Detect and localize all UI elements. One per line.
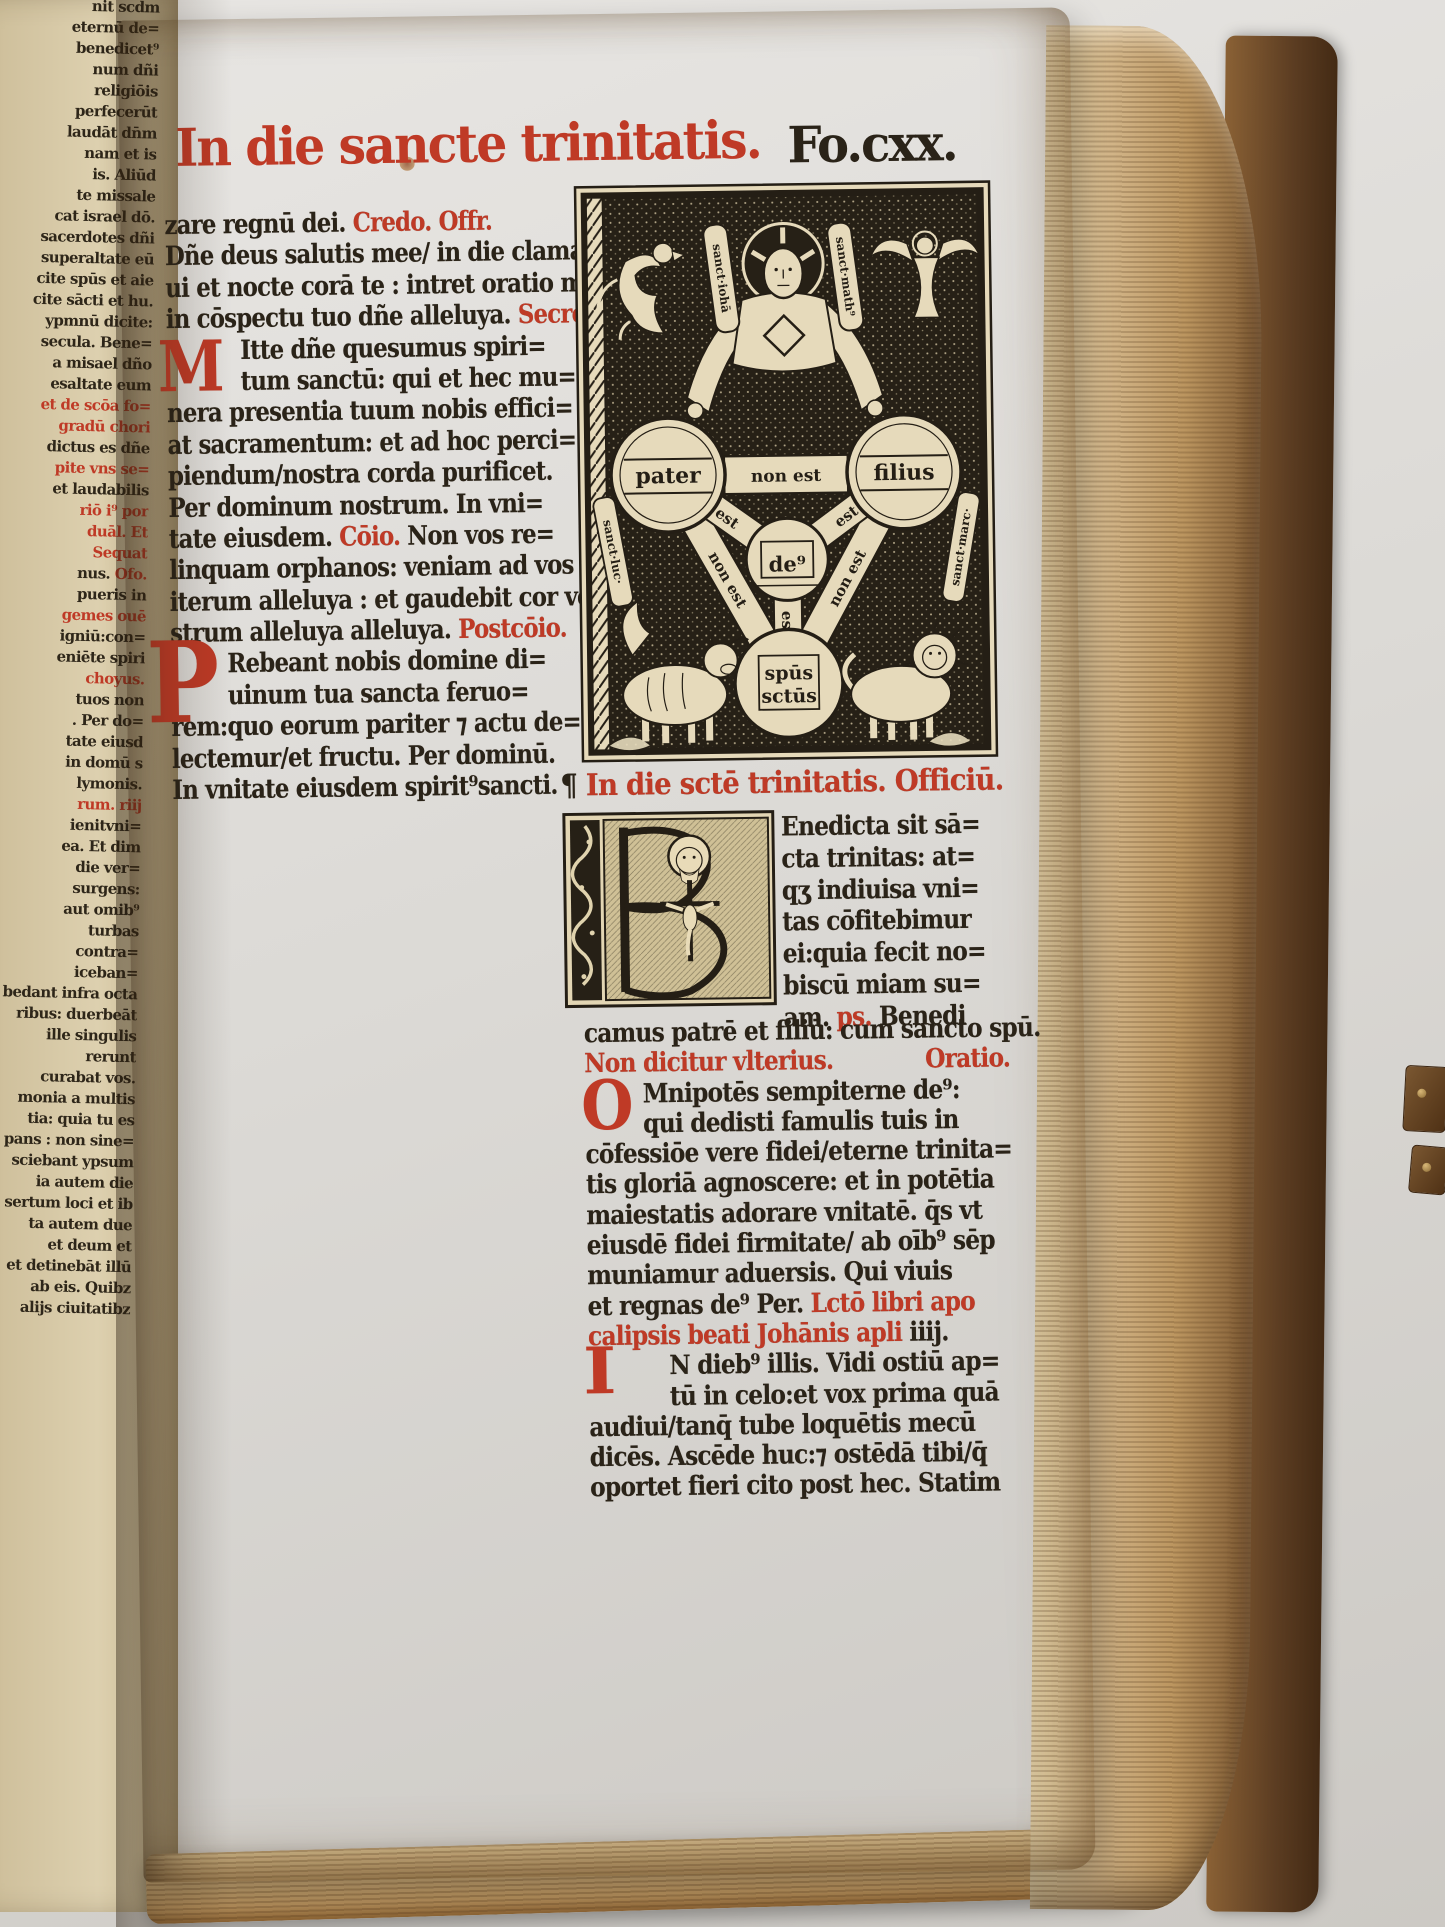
text-segment: nus. <box>77 564 115 583</box>
text-line: iceban= <box>0 960 138 985</box>
circle-filius: filius <box>846 414 962 530</box>
text-segment: monia a multis <box>17 1088 135 1109</box>
text-segment: nit scd̄m <box>92 0 160 17</box>
left-text-column: M P zare regnū dei. Credo. Offr.Dñe deus… <box>164 204 576 806</box>
text-segment: nera presentia tuum nobis effici= <box>167 393 573 430</box>
text-segment: et deum et <box>47 1235 132 1255</box>
svg-text:spūs: spūs <box>764 662 813 685</box>
text-segment: ta autem due <box>28 1214 132 1234</box>
text-segment: biscū miam su= <box>783 968 981 1002</box>
text-segment: In vnitate eiusdem spirit⁹sancti. <box>172 770 558 806</box>
text-line: et regnas de⁹ Per. Lctō libri apo <box>587 1285 1020 1321</box>
text-segment: et regnas de⁹ Per. <box>587 1288 810 1322</box>
text-segment: ille singulis <box>46 1025 137 1045</box>
text-line: aut omib⁹ <box>0 897 139 922</box>
page-title: In die sancte trinitatis. <box>175 110 761 179</box>
clasp-fitting <box>1402 1065 1445 1133</box>
text-line: alijs ciuitatibz <box>0 1296 130 1321</box>
text-segment: sciebant ypsum <box>11 1151 134 1172</box>
text-segment: aut omib⁹ <box>63 900 139 920</box>
text-line: ab eis. Quibz <box>0 1275 131 1300</box>
svg-text:non est: non est <box>751 466 822 487</box>
circle-deus: de⁹ <box>746 518 829 601</box>
text-segment: tia: quia tu es <box>27 1109 135 1129</box>
text-segment: Lctō libri apo <box>810 1286 975 1319</box>
text-line: qʒ indiuisa vni= <box>782 872 985 907</box>
text-line: pans : non sine= <box>0 1128 134 1153</box>
book-photo: nit scd̄meternū de=benedicet⁹num dñireli… <box>0 0 1445 1927</box>
text-segment: bedant infra octa <box>2 982 137 1003</box>
text-line: tia: quia tu es <box>0 1107 135 1132</box>
officium-heading: ¶ In die sctē trinitatis. Officiū. <box>560 762 1003 804</box>
text-line: monia a multis <box>0 1086 135 1111</box>
text-segment: tate eiusdem. <box>169 522 340 555</box>
text-segment: Credo. <box>353 206 439 238</box>
text-line: ¶ In die sctē trinitatis. Officiū. <box>560 762 1003 804</box>
text-line: ia autem die <box>0 1170 133 1195</box>
text-line: ille singulis <box>0 1023 137 1048</box>
text-segment: rem:quo eorum pariter ⁊ actu de= <box>171 707 581 744</box>
text-segment: oportet fieri cito post hec. Statim <box>590 1467 1001 1504</box>
text-segment: et detinebāt illū <box>6 1255 131 1276</box>
initial-ornament-strip <box>570 820 602 1001</box>
text-segment: sertum loci et ib <box>4 1192 133 1213</box>
text-line: Enedicta sit sā= <box>781 809 984 844</box>
text-line: contra= <box>0 939 139 964</box>
svg-text:sctūs: sctūs <box>761 685 817 708</box>
link-pater-filius: non est <box>724 455 849 495</box>
circle-spiritus: spūs sctūs <box>734 629 843 738</box>
text-segment: tum sanctū: qui et hec mu= <box>240 361 576 397</box>
text-line: die ver= <box>0 855 140 880</box>
right-text-column: O I camus patrē et filiū: cum sancto spū… <box>584 1012 1024 1503</box>
text-line: turbas <box>0 918 139 943</box>
text-segment: iceban= <box>74 963 138 982</box>
text-segment: Per dominum nostrum. In vni= <box>168 487 543 523</box>
text-segment: In die sctē trinitatis. <box>586 764 895 803</box>
text-line: rerunt <box>0 1044 136 1069</box>
svg-text:filius: filius <box>873 459 934 486</box>
dropcap-m: M <box>157 331 224 402</box>
circle-pater: pater <box>610 417 726 533</box>
text-line: tas cōfitebimur <box>782 904 985 939</box>
text-segment: ¶ <box>560 768 586 803</box>
text-segment: uinum tua sancta feruo= <box>228 676 529 711</box>
text-segment: tas cōfitebimur <box>782 904 971 938</box>
text-segment: Non vos re= <box>407 519 554 552</box>
text-segment: Oratio. <box>925 1043 1010 1074</box>
clasp-fitting-small <box>1408 1144 1445 1195</box>
text-segment: curabat vos. <box>40 1067 136 1087</box>
dropcap-p: P <box>146 627 219 740</box>
text-line: ribus: duerbeāt <box>0 1002 137 1027</box>
text-segment: zare regnū dei. <box>164 207 353 241</box>
text-segment: pans : non sine= <box>4 1129 135 1150</box>
initial-b-woodcut <box>561 810 779 1009</box>
text-line: eiusdē fidei firmitate/ ab oīb⁹ sēp <box>587 1224 1020 1260</box>
text-segment: rerunt <box>85 1047 136 1066</box>
text-segment: Rebeant nobis domine di= <box>227 644 546 679</box>
dropcap-o: O <box>581 1072 633 1141</box>
text-line: curabat vos. <box>0 1065 136 1090</box>
text-segment: ei:quia fecit no= <box>783 936 986 970</box>
text-segment: Postcōio. <box>458 613 567 646</box>
svg-text:pater: pater <box>635 463 701 490</box>
text-beside-initial: Enedicta sit sā=cta trinitas: at=qʒ indi… <box>781 809 987 1034</box>
text-segment: linquam orphanos: veniam ad vos <box>169 550 574 587</box>
text-segment: iiij. <box>902 1316 949 1348</box>
text-line: cta trinitas: at= <box>781 840 984 875</box>
text-segment: Enedicta sit sā= <box>781 809 980 843</box>
text-line: oportet fieri cito post hec. Statim <box>590 1467 1023 1503</box>
svg-text:de⁹: de⁹ <box>768 551 806 577</box>
text-line: sertum loci et ib <box>0 1191 133 1216</box>
text-line: et detinebāt illū <box>0 1254 131 1279</box>
text-segment: Cōio. <box>339 521 407 553</box>
text-line: ta autem due <box>0 1212 132 1237</box>
recto-page: In die sancte trinitatis. Fo.cxx. M P za… <box>118 7 1096 1882</box>
text-segment: ia autem die <box>35 1172 133 1192</box>
text-segment: Offr. <box>438 206 492 238</box>
text-segment: alijs ciuitatibz <box>20 1298 131 1318</box>
text-segment: ab eis. Quibz <box>30 1277 131 1297</box>
text-line: bedant infra octa <box>0 981 138 1006</box>
text-line: In vnitate eiusdem spirit⁹sancti. <box>172 769 577 806</box>
text-segment: cta trinitas: at= <box>781 841 975 875</box>
text-segment: Officiū. <box>894 762 1003 799</box>
text-line: surgens: <box>0 876 140 901</box>
text-line: et deum et <box>0 1233 132 1258</box>
text-segment: Itte dñe quesumus spiri= <box>240 330 546 365</box>
dropcap-i: I <box>583 1340 616 1404</box>
folio-number: Fo.cxx. <box>787 113 957 174</box>
text-segment: qʒ indiuisa vni= <box>782 872 979 906</box>
text-line: biscū miam su= <box>783 968 986 1003</box>
text-segment: lectemur/et fructu. Per dominū. <box>172 738 556 774</box>
text-segment: contra= <box>75 942 138 961</box>
text-segment: piendum/nostra corda purificet. <box>168 456 553 492</box>
text-segment: at sacramentum: et ad hoc perci= <box>167 424 576 461</box>
text-line: sciebant ypsum <box>0 1149 134 1174</box>
text-line: ei:quia fecit no= <box>783 936 986 971</box>
trinity-diagram-woodcut: sanct·iohā sanct·math⁹ non est n <box>572 179 1000 765</box>
text-segment: ribus: duerbeāt <box>16 1004 137 1025</box>
